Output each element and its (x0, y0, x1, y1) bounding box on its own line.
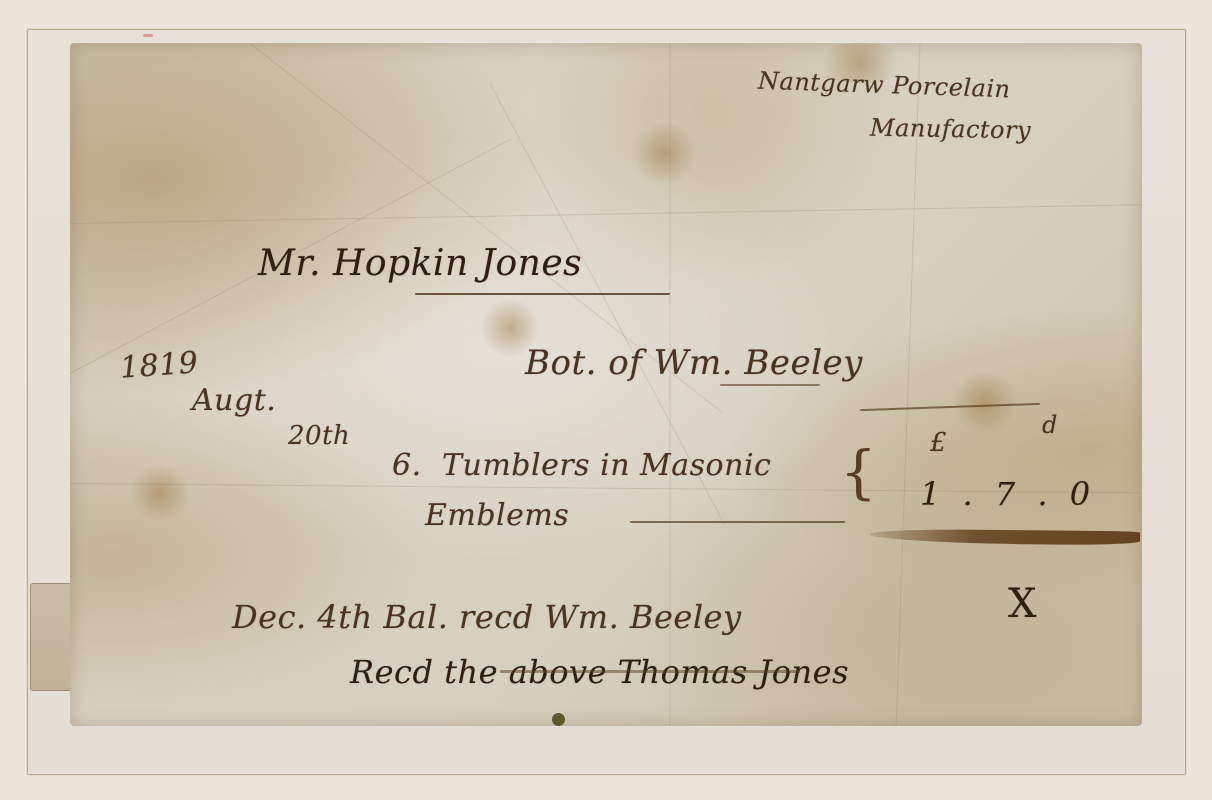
photo-mount: Nantgarw Porcelain Manufactory Mr. Hopki… (0, 0, 1212, 800)
paid-line: Dec. 4th Bal. recd Wm. Beeley (232, 598, 742, 636)
stain (630, 123, 700, 183)
pence-header: d (1042, 411, 1058, 439)
item-quantity: 6. (392, 448, 422, 483)
manufactory-name: Nantgarw Porcelain (758, 67, 1011, 104)
seller-underline (720, 384, 820, 386)
receipt-paper: Nantgarw Porcelain Manufactory Mr. Hopki… (70, 43, 1142, 726)
green-dot (552, 713, 565, 726)
brace: { (840, 443, 877, 501)
amount-total: 1 . 7 . 0 (920, 475, 1096, 513)
red-mark (143, 34, 153, 37)
day: 20th (288, 421, 350, 451)
stain (130, 463, 190, 523)
month: Augt. (192, 383, 276, 418)
strike-line (500, 670, 800, 673)
crease-line (895, 43, 920, 726)
crease-line (70, 204, 1142, 224)
ink-smear (870, 529, 1140, 546)
pounds-header: £ (930, 428, 947, 458)
item-underline (630, 521, 845, 523)
manufactory-label: Manufactory (870, 114, 1032, 145)
addressee-underline (415, 293, 670, 295)
addressee: Mr. Hopkin Jones (258, 243, 582, 284)
year: 1819 (119, 345, 200, 385)
item-description-cont: Emblems (425, 498, 569, 533)
item-description: Tumblers in Masonic (442, 448, 771, 483)
x-mark: X (1008, 581, 1037, 627)
seller-line: Bot. of Wm. Beeley (525, 343, 863, 383)
